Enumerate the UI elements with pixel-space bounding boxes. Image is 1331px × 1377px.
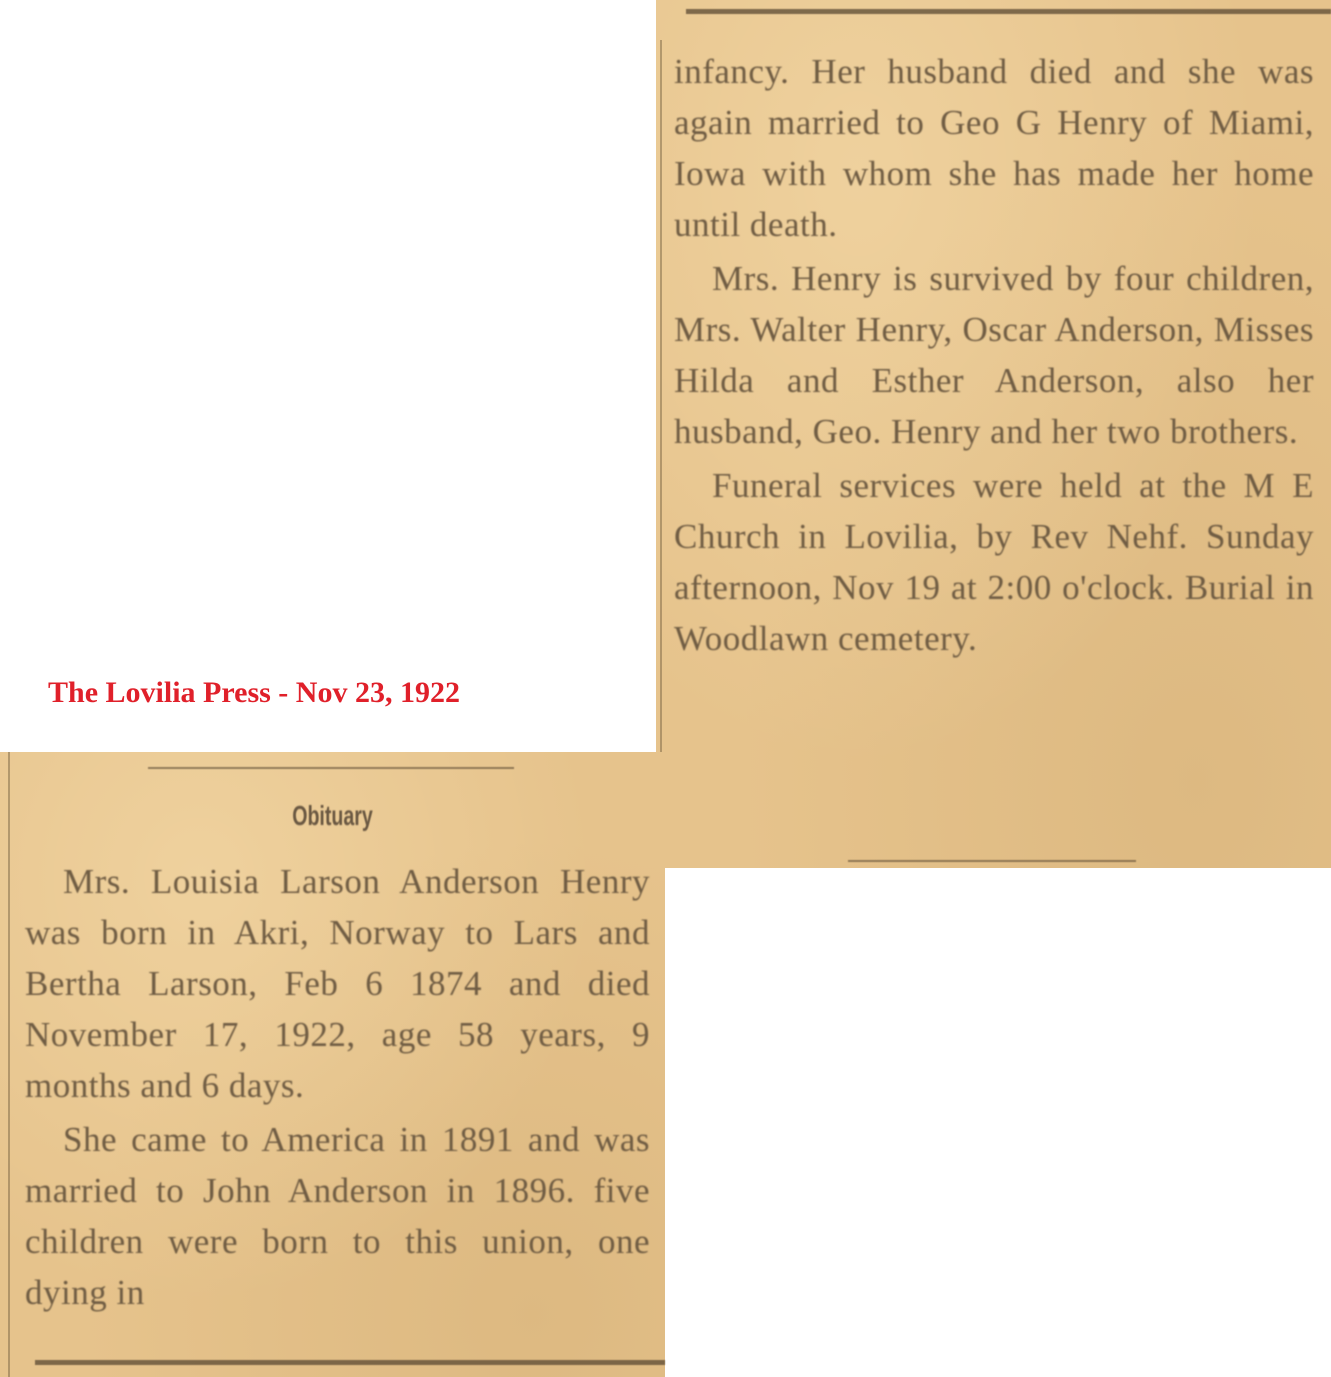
obituary-heading: Obituary	[100, 800, 566, 832]
paragraph-funeral: Funeral services were held at the M E Ch…	[674, 460, 1314, 664]
column-rule	[8, 752, 10, 1377]
newspaper-caption: The Lovilia Press - Nov 23, 1922	[48, 676, 460, 710]
column-rule	[660, 40, 662, 848]
article-body-start: Mrs. Louisia Larson Anderson Henry was b…	[25, 856, 650, 1318]
article-body-continuation: infancy. Her husband died and she was ag…	[674, 46, 1314, 664]
paragraph-marriage: She came to America in 1891 and was marr…	[25, 1114, 650, 1318]
obituary-clipping-continuation: infancy. Her husband died and she was ag…	[656, 0, 1331, 868]
bottom-rule	[35, 1360, 665, 1365]
paragraph-survivors: Mrs. Henry is survived by four children,…	[674, 253, 1314, 457]
top-rule	[686, 9, 1331, 14]
paragraph-infancy: infancy. Her husband died and she was ag…	[674, 46, 1314, 250]
heading-rule	[148, 767, 514, 769]
obituary-clipping-start: Obituary Mrs. Louisia Larson Anderson He…	[0, 752, 665, 1377]
paragraph-birth: Mrs. Louisia Larson Anderson Henry was b…	[25, 856, 650, 1111]
end-rule	[848, 860, 1136, 862]
